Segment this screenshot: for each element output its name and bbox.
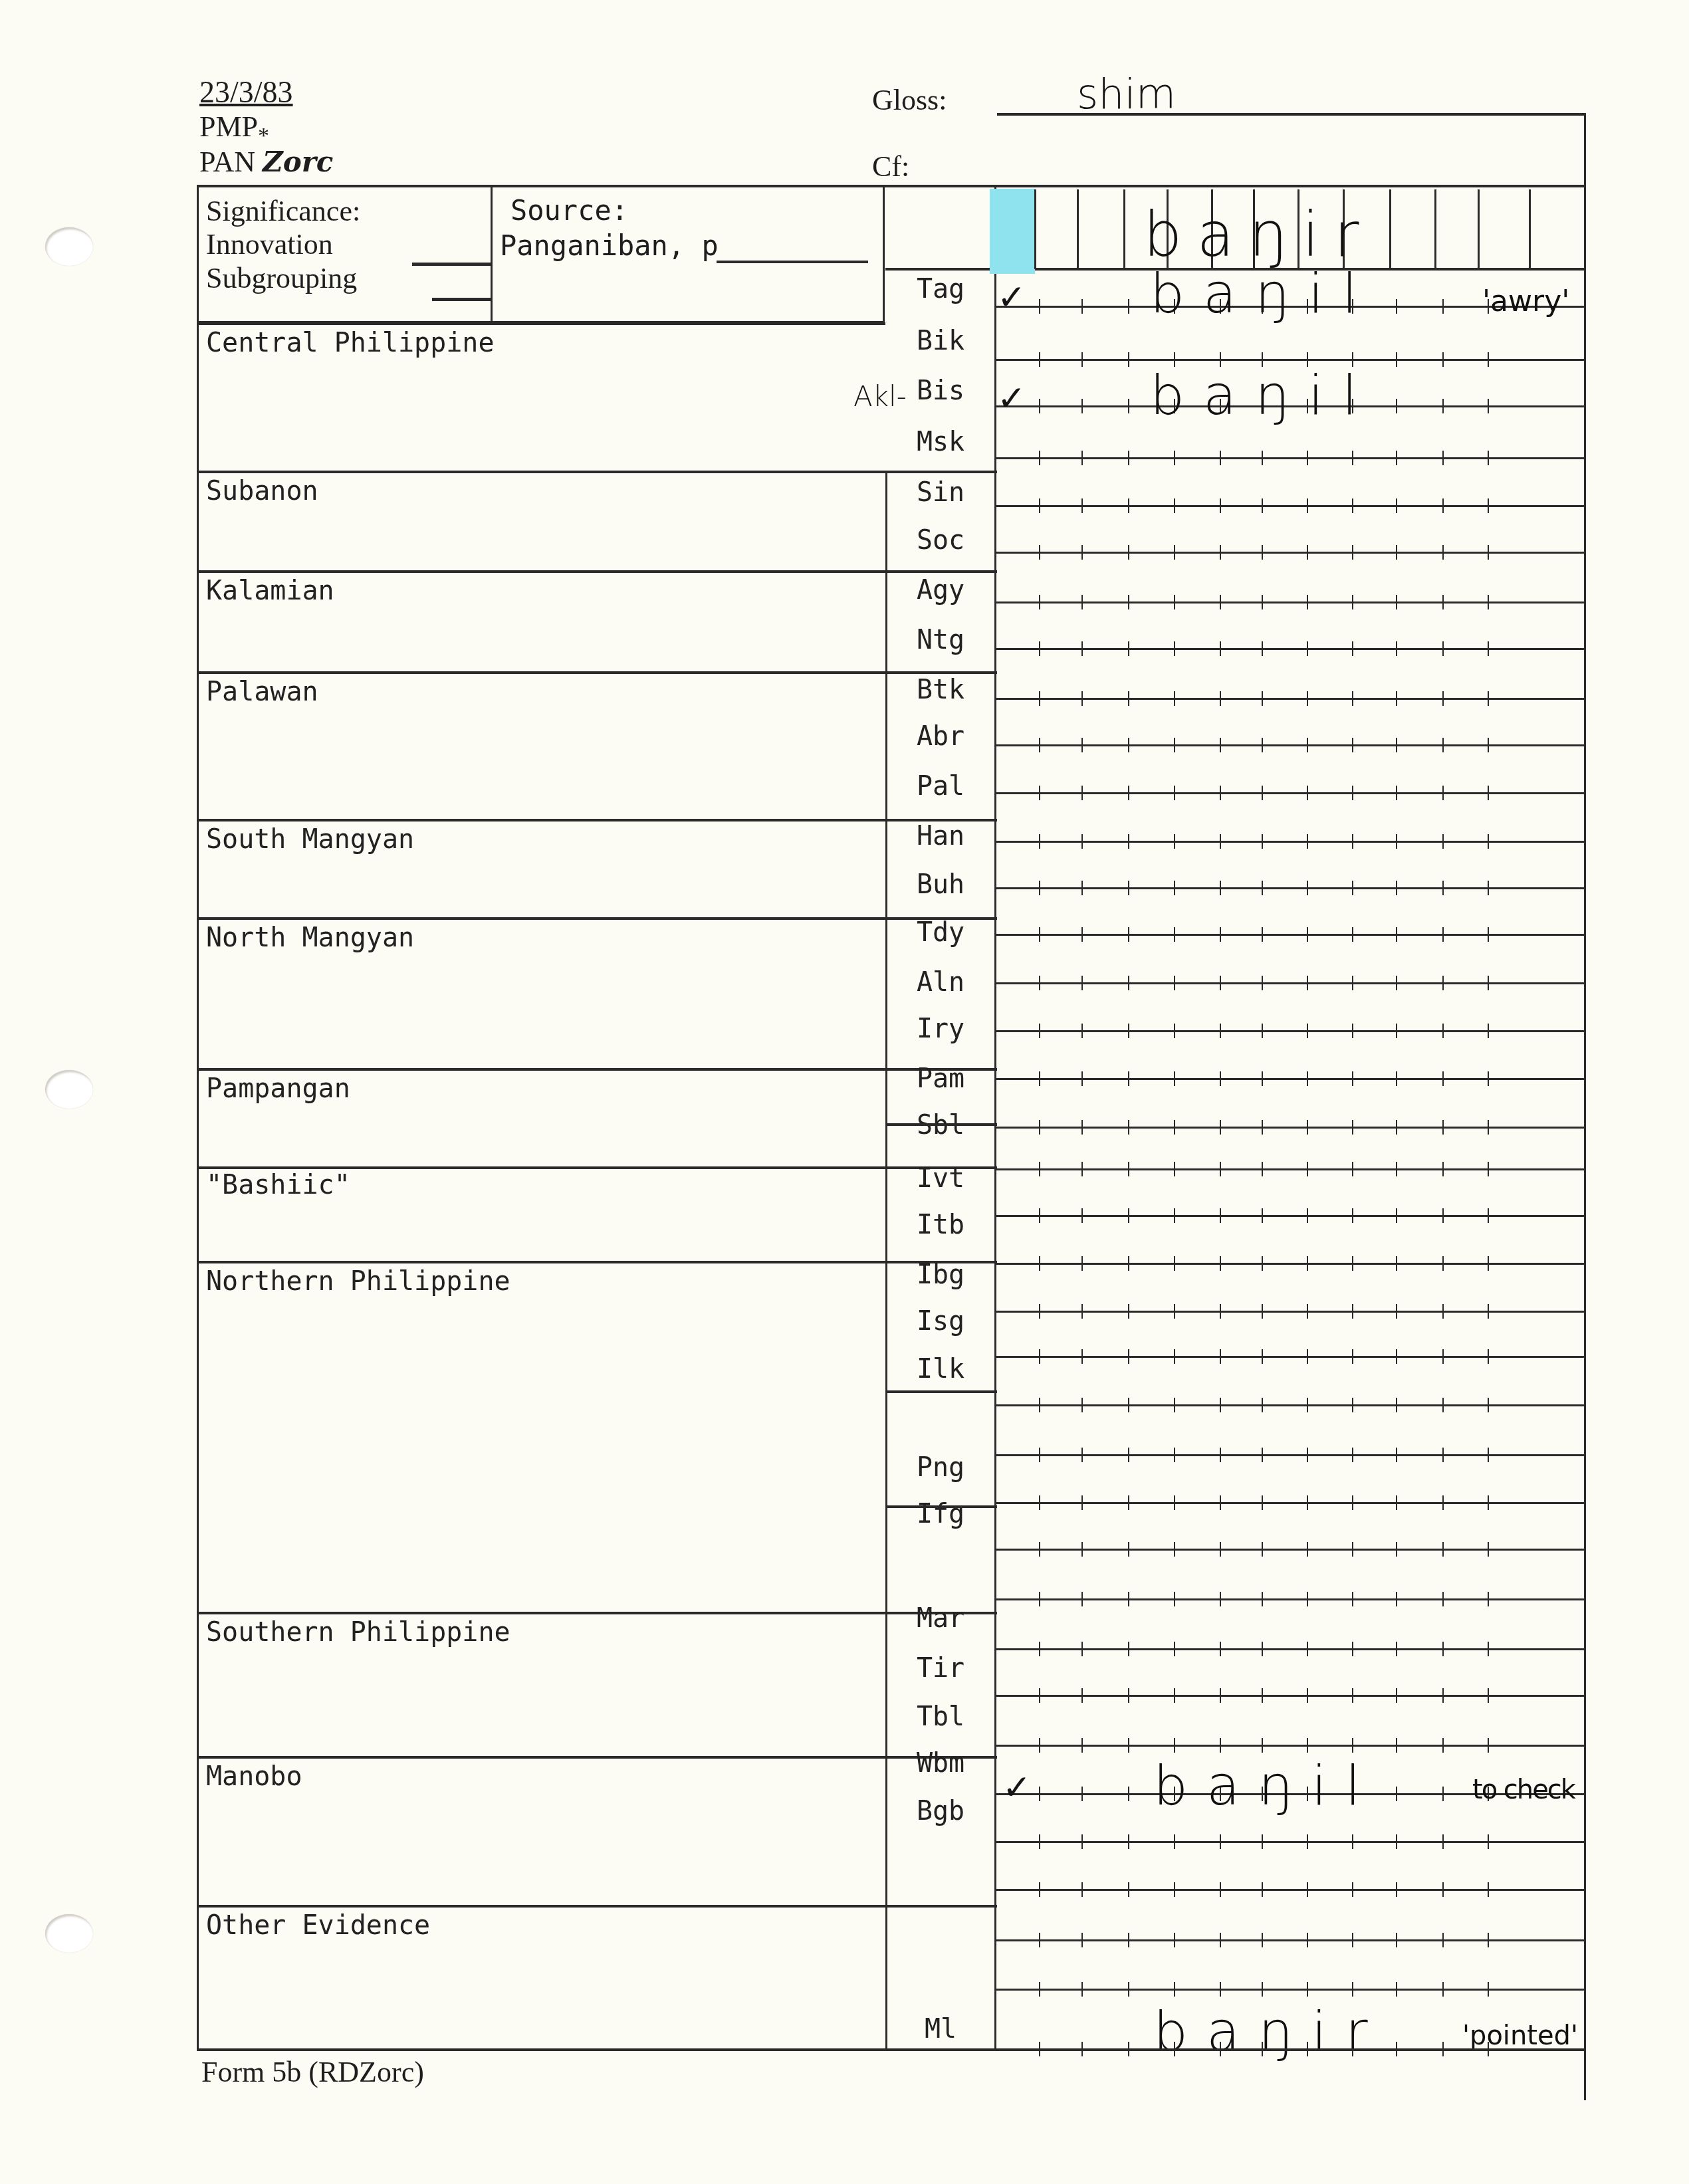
segment-tick [1174, 641, 1175, 656]
entry-line[interactable] [996, 1263, 1585, 1265]
segment-tick [1081, 545, 1083, 560]
entry-line[interactable] [996, 1889, 1585, 1891]
segment-tick [1352, 927, 1353, 942]
segment-tick [1081, 595, 1083, 609]
reconstruction-cell-divider [1478, 189, 1480, 269]
entry-line[interactable] [996, 1695, 1585, 1697]
segment-tick [1352, 1592, 1353, 1606]
highlight-cell [990, 189, 1035, 274]
segment-tick [1488, 834, 1489, 849]
segment-tick [1039, 1120, 1040, 1135]
segment-tick [1307, 834, 1308, 849]
segment-tick [1352, 1982, 1353, 1997]
segment-tick [1220, 1882, 1221, 1897]
entry-line[interactable] [996, 359, 1585, 361]
segment-tick [1174, 1982, 1175, 1997]
segment-tick [1128, 1349, 1129, 1364]
ml-form: baŋir [1153, 2001, 1387, 2064]
segment-tick [1174, 1738, 1175, 1753]
segment-tick [1039, 1933, 1040, 1947]
segment-tick [1396, 545, 1397, 560]
entry-line[interactable] [996, 1168, 1585, 1170]
segment-tick [1307, 1398, 1308, 1412]
entry-line[interactable] [996, 887, 1585, 889]
segment-tick [1442, 1982, 1444, 1997]
segment-tick [1307, 1933, 1308, 1947]
segment-tick [1352, 1162, 1353, 1176]
significance-innovation: Innovation [206, 227, 333, 261]
binder-hole-top [45, 227, 93, 266]
entry-line[interactable] [996, 1030, 1585, 1032]
entry-line[interactable] [996, 505, 1585, 507]
segment-tick [1262, 1592, 1263, 1606]
segment-tick [1081, 352, 1083, 367]
segment-tick [1352, 738, 1353, 752]
segment-tick [1174, 451, 1175, 465]
segment-tick [1307, 786, 1308, 800]
entry-line[interactable] [996, 457, 1585, 459]
reconstruction-cell-divider [1123, 189, 1125, 269]
segment-tick [1128, 927, 1129, 942]
segment-tick [1128, 1642, 1129, 1656]
segment-tick [1081, 1738, 1083, 1753]
group-divider [197, 1612, 997, 1614]
segment-tick [1174, 1071, 1175, 1086]
segment-tick [1128, 1256, 1129, 1271]
binder-hole-middle [45, 1070, 93, 1109]
segment-tick [1128, 1787, 1129, 1801]
segment-tick [1262, 1542, 1263, 1557]
source-page-blank[interactable] [717, 261, 868, 263]
date: 23/3/83 [199, 74, 293, 110]
segment-tick [1307, 1738, 1308, 1753]
segment-tick [1081, 1304, 1083, 1319]
language-code: Pal [891, 771, 990, 802]
segment-tick [1128, 399, 1129, 413]
segment-tick [1396, 1071, 1397, 1086]
entry-line[interactable] [996, 1745, 1585, 1747]
segment-tick [1128, 786, 1129, 800]
entry-line[interactable] [996, 1648, 1585, 1650]
entry-line[interactable] [996, 1841, 1585, 1843]
language-code: Soc [891, 525, 990, 556]
innovation-blank[interactable] [412, 263, 491, 266]
segment-tick [1262, 1688, 1263, 1703]
segment-tick [1396, 1398, 1397, 1412]
segment-tick [1262, 976, 1263, 990]
segment-tick [1307, 1688, 1308, 1703]
segment-tick [1442, 1120, 1444, 1135]
segment-tick [1039, 1495, 1040, 1510]
segment-tick [1128, 1834, 1129, 1849]
tag-gloss: 'awry' [1482, 284, 1569, 318]
segment-tick [1488, 1304, 1489, 1319]
segment-tick [1352, 691, 1353, 706]
segment-tick [1307, 1162, 1308, 1176]
segment-tick [1220, 641, 1221, 656]
segment-tick [1128, 1208, 1129, 1223]
segment-tick [1081, 927, 1083, 942]
segment-tick [1081, 299, 1083, 314]
segment-tick [1396, 1982, 1397, 1997]
segment-tick [1174, 881, 1175, 895]
segment-tick [1039, 1787, 1040, 1801]
header-top-line [197, 185, 1586, 187]
segment-tick [1081, 691, 1083, 706]
language-code: Agy [891, 575, 990, 605]
binder-hole-bottom [45, 1914, 93, 1953]
segment-tick [1396, 1542, 1397, 1557]
language-code: Iry [891, 1014, 990, 1044]
segment-tick [1174, 1933, 1175, 1947]
segment-tick [1174, 976, 1175, 990]
lang-col-right [994, 185, 996, 2050]
bis-check: ✓ [997, 379, 1026, 419]
wbm-form: baŋil [1153, 1755, 1379, 1818]
group-divider [197, 671, 997, 674]
segment-tick [1220, 595, 1221, 609]
segment-tick [1128, 1738, 1129, 1753]
segment-tick [1039, 738, 1040, 752]
segment-tick [1307, 738, 1308, 752]
segment-tick [1081, 1024, 1083, 1038]
source-box-right [883, 185, 885, 322]
segment-tick [1128, 834, 1129, 849]
segment-tick [1220, 1256, 1221, 1271]
group-name: Southern Philippine [206, 1617, 510, 1648]
table-bottom-line [197, 2048, 1586, 2051]
segment-tick [1174, 1448, 1175, 1462]
language-code: Ibg [891, 1259, 990, 1290]
entry-line[interactable] [996, 1598, 1585, 1600]
segment-tick [1174, 1834, 1175, 1849]
segment-tick [1220, 976, 1221, 990]
segment-tick [1396, 1208, 1397, 1223]
segment-tick [1039, 1834, 1040, 1849]
segment-tick [1128, 352, 1129, 367]
segment-tick [1039, 1448, 1040, 1462]
reconstruction-cell-divider [1077, 189, 1079, 269]
segment-tick [1128, 881, 1129, 895]
segment-tick [1174, 1542, 1175, 1557]
segment-tick [1396, 498, 1397, 513]
bis-prefix: Akl- [853, 380, 907, 413]
segment-tick [1174, 1256, 1175, 1271]
group-divider [197, 1166, 997, 1169]
bis-form: baŋil [1150, 364, 1376, 427]
segment-tick [1396, 1834, 1397, 1849]
segment-tick [1488, 881, 1489, 895]
segment-tick [1307, 881, 1308, 895]
segment-tick [1442, 1787, 1444, 1801]
segment-tick [1128, 1071, 1129, 1086]
segment-tick [1442, 1688, 1444, 1703]
segment-tick [1442, 1208, 1444, 1223]
segment-tick [1396, 1882, 1397, 1897]
group-divider [197, 1756, 997, 1759]
segment-tick [1220, 1688, 1221, 1703]
segment-tick [1220, 1592, 1221, 1606]
group-divider [197, 570, 997, 573]
segment-tick [1220, 1738, 1221, 1753]
segment-tick [1262, 691, 1263, 706]
segment-tick [1262, 1448, 1263, 1462]
entry-line[interactable] [996, 601, 1585, 603]
segment-tick [1488, 1120, 1489, 1135]
segment-tick [1039, 881, 1040, 895]
segment-tick [1352, 834, 1353, 849]
entry-line[interactable] [996, 698, 1585, 700]
segment-tick [1442, 399, 1444, 413]
group-name: Northern Philippine [206, 1266, 510, 1297]
segment-tick [1352, 786, 1353, 800]
segment-tick [1442, 1542, 1444, 1557]
segment-tick [1262, 1208, 1263, 1223]
segment-tick [1307, 1834, 1308, 1849]
segment-tick [1488, 1024, 1489, 1038]
segment-tick [1396, 1304, 1397, 1319]
entry-line[interactable] [996, 1311, 1585, 1313]
form-label: Form 5b (RDZorc) [201, 2055, 424, 2089]
significance-title: Significance: [206, 194, 360, 228]
segment-tick [1262, 1642, 1263, 1656]
segment-tick [1488, 1882, 1489, 1897]
segment-tick [1220, 1933, 1221, 1947]
segment-tick [1220, 545, 1221, 560]
segment-tick [1039, 691, 1040, 706]
ml-gloss: 'pointed' [1462, 2020, 1578, 2051]
segment-tick [1352, 881, 1353, 895]
entry-line[interactable] [996, 1127, 1585, 1129]
segment-tick [1081, 399, 1083, 413]
segment-tick [1442, 691, 1444, 706]
language-code: Pam [891, 1063, 990, 1094]
segment-tick [1039, 1256, 1040, 1271]
segment-tick [1488, 691, 1489, 706]
entry-line[interactable] [996, 552, 1585, 554]
segment-tick [1128, 451, 1129, 465]
segment-tick [1039, 595, 1040, 609]
segment-tick [1442, 545, 1444, 560]
segment-tick [1039, 927, 1040, 942]
segment-tick [1081, 881, 1083, 895]
segment-tick [1081, 1208, 1083, 1223]
segment-tick [1081, 1933, 1083, 1947]
subgrouping-blank[interactable] [432, 298, 492, 301]
segment-tick [1081, 1162, 1083, 1176]
language-code: Btk [891, 675, 990, 705]
segment-tick [1307, 1448, 1308, 1462]
segment-tick [1220, 786, 1221, 800]
cf-label: Cf: [872, 150, 909, 183]
gloss-value[interactable]: shim [1077, 70, 1176, 118]
segment-tick [1442, 1162, 1444, 1176]
segment-tick [1488, 1982, 1489, 1997]
segment-tick [1220, 834, 1221, 849]
segment-tick [1307, 1542, 1308, 1557]
segment-tick [1081, 1349, 1083, 1364]
language-code: Bgb [891, 1796, 990, 1826]
entry-line[interactable] [996, 1549, 1585, 1551]
segment-tick [1220, 1982, 1221, 1997]
segment-tick [1352, 976, 1353, 990]
segment-tick [1081, 1982, 1083, 1997]
segment-tick [1174, 1304, 1175, 1319]
gloss-underline [997, 113, 1585, 116]
lang-subdivider [885, 1505, 997, 1508]
language-code: Ntg [891, 625, 990, 655]
group-name: Pampangan [206, 1073, 350, 1104]
segment-tick [1039, 834, 1040, 849]
segment-tick [1442, 976, 1444, 990]
segment-tick [1262, 1738, 1263, 1753]
segment-tick [1488, 399, 1489, 413]
segment-tick [1442, 881, 1444, 895]
segment-tick [1128, 641, 1129, 656]
segment-tick [1174, 498, 1175, 513]
language-code: Wbm [891, 1748, 990, 1779]
segment-tick [1488, 786, 1489, 800]
entry-line[interactable] [996, 1356, 1585, 1358]
segment-tick [1039, 299, 1040, 314]
segment-tick [1307, 1071, 1308, 1086]
group-name: Kalamian [206, 576, 334, 606]
segment-tick [1396, 1120, 1397, 1135]
gloss-label: Gloss: [872, 83, 947, 117]
segment-tick [1174, 738, 1175, 752]
entry-line[interactable] [996, 1454, 1585, 1456]
reconstruction-form: baŋir [1143, 199, 1373, 271]
language-code: Png [891, 1452, 990, 1483]
segment-tick [1128, 299, 1129, 314]
segment-tick [1488, 1592, 1489, 1606]
entry-line[interactable] [996, 1939, 1585, 1941]
segment-tick [1262, 786, 1263, 800]
segment-tick [1128, 1542, 1129, 1557]
segment-tick [1352, 1495, 1353, 1510]
segment-tick [1262, 595, 1263, 609]
entry-line[interactable] [996, 1502, 1585, 1504]
segment-tick [1128, 1398, 1129, 1412]
segment-tick [1352, 498, 1353, 513]
segment-tick [1396, 1495, 1397, 1510]
segment-tick [1396, 1024, 1397, 1038]
segment-tick [1081, 834, 1083, 849]
group-name: South Mangyan [206, 824, 414, 855]
segment-tick [1128, 1024, 1129, 1038]
segment-tick [1488, 1162, 1489, 1176]
segment-tick [1262, 1933, 1263, 1947]
segment-tick [1128, 738, 1129, 752]
tag-check: ✓ [997, 278, 1026, 318]
segment-tick [1307, 1024, 1308, 1038]
segment-tick [1396, 881, 1397, 895]
segment-tick [1442, 1304, 1444, 1319]
segment-tick [1174, 1120, 1175, 1135]
segment-tick [1442, 498, 1444, 513]
group-name: Manobo [206, 1761, 302, 1792]
segment-tick [1220, 1834, 1221, 1849]
segment-tick [1039, 1688, 1040, 1703]
segment-tick [1174, 595, 1175, 609]
segment-tick [1442, 927, 1444, 942]
segment-tick [1488, 641, 1489, 656]
entry-line[interactable] [996, 1989, 1585, 1991]
language-code: Itb [891, 1210, 990, 1240]
segment-tick [1081, 1834, 1083, 1849]
language-code: Tag [891, 274, 990, 304]
segment-tick [1488, 498, 1489, 513]
segment-tick [1174, 1398, 1175, 1412]
segment-tick [1307, 1304, 1308, 1319]
gloss-box-right [1584, 113, 1586, 2100]
segment-tick [1081, 738, 1083, 752]
source-value: Panganiban, p [500, 229, 719, 262]
segment-tick [1307, 545, 1308, 560]
segment-tick [1128, 691, 1129, 706]
segment-tick [1128, 1448, 1129, 1462]
segment-tick [1396, 1349, 1397, 1364]
entry-line[interactable] [996, 841, 1585, 843]
segment-tick [1396, 352, 1397, 367]
segment-tick [1039, 451, 1040, 465]
segment-tick [1039, 786, 1040, 800]
group-divider [197, 819, 997, 821]
segment-tick [1262, 1304, 1263, 1319]
segment-tick [1039, 1071, 1040, 1086]
segment-tick [1220, 691, 1221, 706]
segment-tick [1262, 1882, 1263, 1897]
reconstruction-cell-divider [1389, 189, 1391, 269]
segment-tick [1220, 1349, 1221, 1364]
group-name: Palawan [206, 677, 318, 707]
group-name: Other Evidence [206, 1910, 430, 1941]
segment-tick [1396, 1448, 1397, 1462]
segment-tick [1488, 1071, 1489, 1086]
entry-line[interactable] [996, 1404, 1585, 1406]
entry-line[interactable] [996, 1078, 1585, 1080]
group-name: Subanon [206, 476, 318, 506]
segment-tick [1174, 786, 1175, 800]
segment-tick [1262, 641, 1263, 656]
segment-tick [1442, 1642, 1444, 1656]
segment-tick [1488, 1933, 1489, 1947]
segment-tick [1307, 1592, 1308, 1606]
significance-source-divider [491, 185, 493, 322]
entry-line[interactable] [996, 1215, 1585, 1217]
segment-tick [1039, 1982, 1040, 1997]
segment-tick [1220, 1162, 1221, 1176]
segment-tick [1262, 1024, 1263, 1038]
entry-line[interactable] [996, 792, 1585, 794]
segment-tick [1352, 545, 1353, 560]
segment-tick [1174, 834, 1175, 849]
entry-line[interactable] [996, 934, 1585, 936]
segment-tick [1174, 1495, 1175, 1510]
segment-tick [1081, 1398, 1083, 1412]
language-code: Aln [891, 967, 990, 998]
segment-tick [1488, 1542, 1489, 1557]
author-handwritten: Zorc [263, 146, 333, 178]
segment-tick [1039, 498, 1040, 513]
entry-line[interactable] [996, 982, 1585, 984]
entry-line[interactable] [996, 648, 1585, 650]
entry-line[interactable] [996, 744, 1585, 746]
segment-tick [1128, 498, 1129, 513]
segment-tick [1307, 498, 1308, 513]
segment-tick [1352, 1208, 1353, 1223]
segment-tick [1220, 881, 1221, 895]
